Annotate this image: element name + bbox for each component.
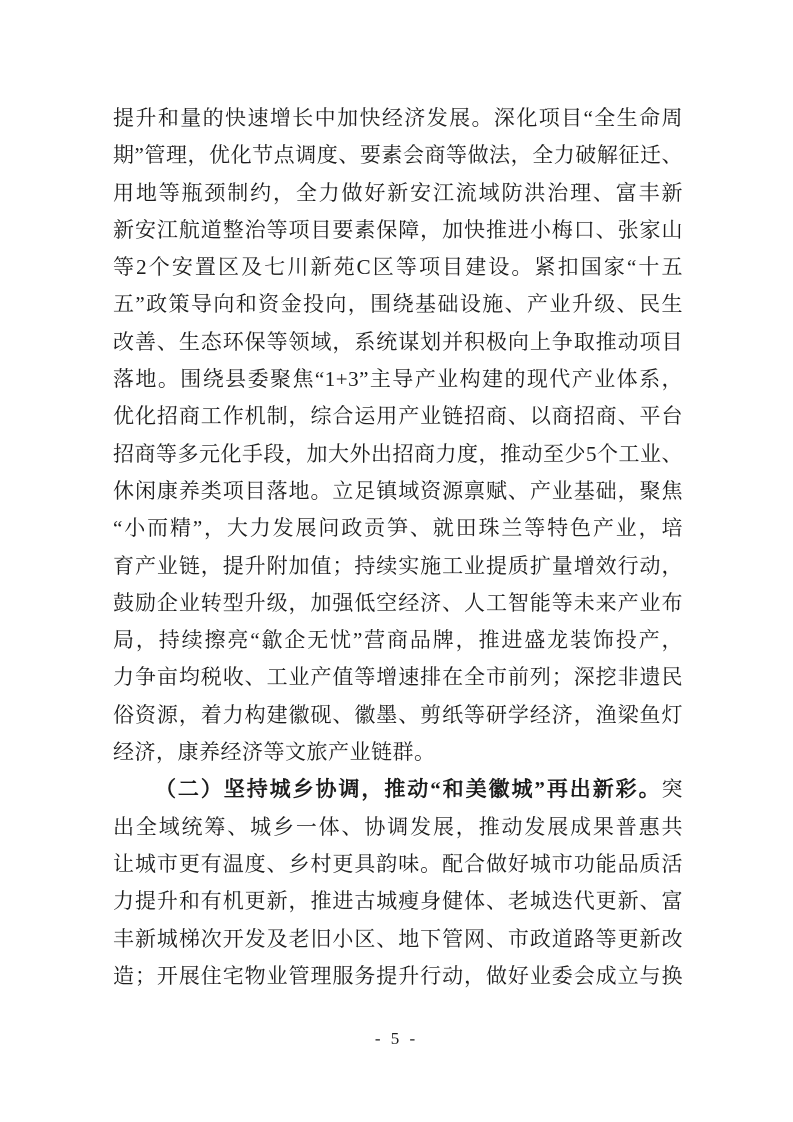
text-line: 期”管理，优化节点调度、要素会商等做法，全力破解征迁、	[113, 137, 683, 174]
paragraph-continuation: 提升和量的快速增长中加快经济发展。深化项目“全生命周期”管理，优化节点调度、要素…	[113, 100, 683, 771]
text-segment: 造；开展住宅物业管理服务提升行动，做好业委会成立与换	[113, 964, 683, 988]
text-segment: 等2个安置区及七川新苑C区等项目建设。紧扣国家“十五	[113, 255, 683, 279]
text-segment: 五”政策导向和资金投向，围绕基础设施、产业升级、民生	[113, 292, 683, 316]
text-segment: 改善、生态环保等领域，系统谋划并积极向上争取推动项目	[113, 330, 683, 354]
text-segment: 经济，康养经济等文旅产业链群。	[113, 740, 436, 764]
text-line: （二）坚持城乡协调，推动“和美徽城”再出新彩。突	[113, 771, 683, 808]
text-line: 丰新城梯次开发及老旧小区、地下管网、市政道路等更新改	[113, 921, 683, 958]
text-line: 局，持续擦亮“歙企无忧”营商品牌，推进盛龙装饰投产，	[113, 622, 683, 659]
document-page: 提升和量的快速增长中加快经济发展。深化项目“全生命周期”管理，优化节点调度、要素…	[0, 0, 793, 1122]
text-line: “小而精”，大力发展问政贡笋、就田珠兰等特色产业，培	[113, 510, 683, 547]
text-segment: 招商等多元化手段，加大外出招商力度，推动至少5个工业、	[113, 442, 683, 466]
paragraph-section-two: （二）坚持城乡协调，推动“和美徽城”再出新彩。突出全域统筹、城乡一体、协调发展，…	[113, 771, 683, 995]
text-segment: 期”管理，优化节点调度、要素会商等做法，全力破解征迁、	[113, 143, 683, 167]
text-line: 招商等多元化手段，加大外出招商力度，推动至少5个工业、	[113, 436, 683, 473]
text-line: 用地等瓶颈制约，全力做好新安江流域防洪治理、富丰新城、	[113, 175, 683, 212]
text-segment: 用地等瓶颈制约，全力做好新安江流域防洪治理、富丰新城、	[113, 181, 683, 212]
text-line: 优化招商工作机制，综合运用产业链招商、以商招商、平台	[113, 398, 683, 435]
text-segment: 力争亩均税收、工业产值等增速排在全市前列；深挖非遗民	[113, 665, 683, 689]
text-line: 经济，康养经济等文旅产业链群。	[113, 734, 683, 771]
text-line: 等2个安置区及七川新苑C区等项目建设。紧扣国家“十五	[113, 249, 683, 286]
page-number: - 5 -	[0, 1026, 793, 1052]
text-line: 新安江航道整治等项目要素保障，加快推进小梅口、张家山	[113, 212, 683, 249]
text-line: 改善、生态环保等领域，系统谋划并积极向上争取推动项目	[113, 324, 683, 361]
text-body: 提升和量的快速增长中加快经济发展。深化项目“全生命周期”管理，优化节点调度、要素…	[113, 100, 683, 995]
text-segment: 让城市更有温度、乡村更具韵味。配合做好城市功能品质活	[113, 852, 683, 876]
text-segment: 俗资源，着力构建徽砚、徽墨、剪纸等研学经济，渔梁鱼灯	[113, 703, 683, 727]
text-line: 让城市更有温度、乡村更具韵味。配合做好城市功能品质活	[113, 846, 683, 883]
text-line: 鼓励企业转型升级，加强低空经济、人工智能等未来产业布	[113, 585, 683, 622]
text-line: 休闲康养类项目落地。立足镇域资源禀赋、产业基础，聚焦	[113, 473, 683, 510]
text-segment: 出全域统筹、城乡一体、协调发展，推动发展成果普惠共享，	[113, 815, 683, 846]
text-segment: 鼓励企业转型升级，加强低空经济、人工智能等未来产业布	[113, 591, 683, 615]
text-line: 力提升和有机更新，推进古城瘦身健体、老城迭代更新、富	[113, 883, 683, 920]
text-segment: 休闲康养类项目落地。立足镇域资源禀赋、产业基础，聚焦	[113, 479, 683, 503]
text-segment: 力提升和有机更新，推进古城瘦身健体、老城迭代更新、富	[113, 889, 683, 913]
bold-text-segment: （二）坚持城乡协调，推动“和美徽城”再出新彩。	[155, 777, 662, 801]
text-segment: 新安江航道整治等项目要素保障，加快推进小梅口、张家山	[113, 218, 683, 242]
text-segment: 优化招商工作机制，综合运用产业链招商、以商招商、平台	[113, 404, 683, 428]
text-line: 力争亩均税收、工业产值等增速排在全市前列；深挖非遗民	[113, 659, 683, 696]
text-line: 育产业链，提升附加值；持续实施工业提质扩量增效行动，	[113, 548, 683, 585]
text-segment: 提升和量的快速增长中加快经济发展。深化项目“全生命周	[113, 106, 683, 130]
text-line: 提升和量的快速增长中加快经济发展。深化项目“全生命周	[113, 100, 683, 137]
text-segment: 丰新城梯次开发及老旧小区、地下管网、市政道路等更新改	[113, 927, 683, 951]
text-line: 造；开展住宅物业管理服务提升行动，做好业委会成立与换	[113, 958, 683, 995]
text-segment: “小而精”，大力发展问政贡笋、就田珠兰等特色产业，培	[113, 516, 683, 540]
text-line: 五”政策导向和资金投向，围绕基础设施、产业升级、民生	[113, 286, 683, 323]
text-segment: 突	[662, 777, 684, 801]
text-segment: 落地。围绕县委聚焦“1+3”主导产业构建的现代产业体系，	[113, 367, 683, 391]
text-line: 出全域统筹、城乡一体、协调发展，推动发展成果普惠共享，	[113, 809, 683, 846]
text-line: 落地。围绕县委聚焦“1+3”主导产业构建的现代产业体系，	[113, 361, 683, 398]
text-segment: 局，持续擦亮“歙企无忧”营商品牌，推进盛龙装饰投产，	[113, 628, 683, 652]
text-line: 俗资源，着力构建徽砚、徽墨、剪纸等研学经济，渔梁鱼灯	[113, 697, 683, 734]
text-segment: 育产业链，提升附加值；持续实施工业提质扩量增效行动，	[113, 554, 683, 578]
